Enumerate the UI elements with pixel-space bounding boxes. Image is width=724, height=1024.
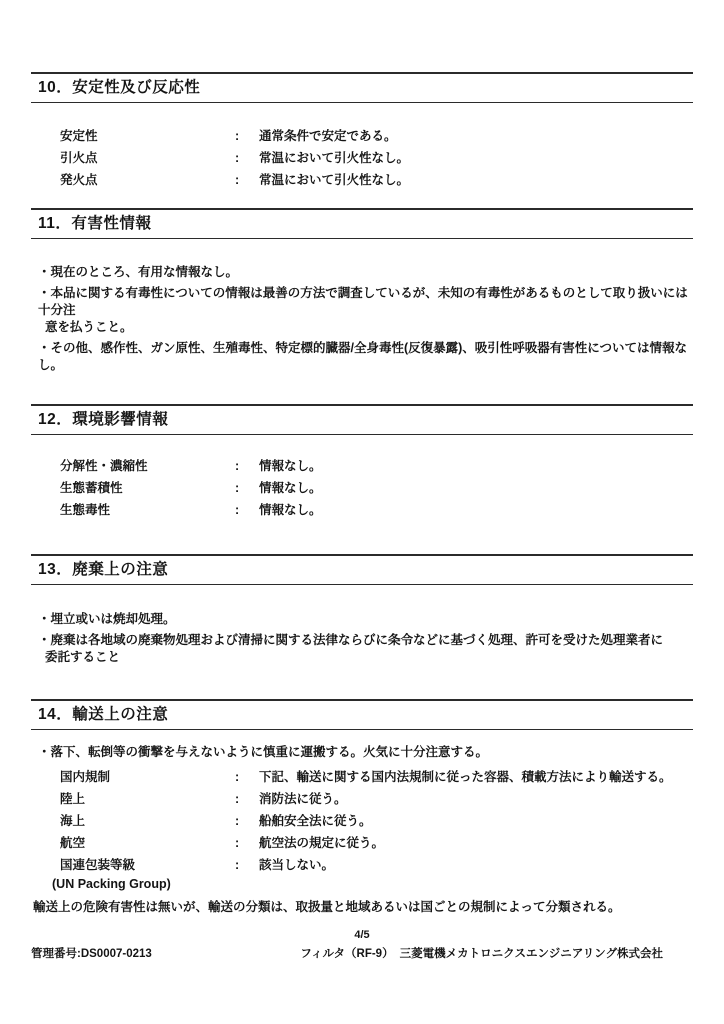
row-colon: :: [235, 169, 259, 191]
footer-product-name: フィルタ（RF-9）: [300, 947, 393, 962]
table-row: 海上 : 船舶安全法に従う。: [31, 810, 693, 832]
table-row: 分解性・濃縮性 : 情報なし。: [31, 455, 693, 477]
paragraph-line: ・落下、転倒等の衝撃を与えないように慎重に運搬する。火気に十分注意する。: [31, 744, 693, 761]
row-value: 船舶安全法に従う。: [259, 810, 693, 832]
row-colon: :: [235, 477, 259, 499]
section-stability-reactivity: 10．安定性及び反応性 安定性 : 通常条件で安定である。 引火点 : 常温にお…: [31, 72, 693, 191]
row-value: 常温において引火性なし。: [259, 147, 693, 169]
row-colon: :: [235, 499, 259, 521]
section-12-body: 分解性・濃縮性 : 情報なし。 生態蓄積性 : 情報なし。 生態毒性 : 情報な…: [31, 455, 693, 521]
page-footer: 4/5 管理番号:DS0007-0213 フィルタ（RF-9） 三菱電機メカトロ…: [31, 928, 693, 962]
row-label: 安定性: [60, 125, 235, 147]
table-row: 生態毒性 : 情報なし。: [31, 499, 693, 521]
section-hazard-information: 11．有害性情報 ・現在のところ、有用な情報なし。 ・本品に関する有毒性について…: [31, 208, 693, 374]
table-row: 国内規制 : 下記、輸送に関する国内法規制に従った容器、積載方法により輸送する。: [31, 766, 693, 788]
section-11-body: ・現在のところ、有用な情報なし。 ・本品に関する有毒性についての情報は最善の方法…: [31, 264, 693, 374]
section-14-heading: 14．輸送上の注意: [31, 699, 693, 730]
section-10-body: 安定性 : 通常条件で安定である。 引火点 : 常温において引火性なし。 発火点…: [31, 125, 693, 191]
table-row: 引火点 : 常温において引火性なし。: [31, 147, 693, 169]
footer-row: 管理番号:DS0007-0213 フィルタ（RF-9） 三菱電機メカトロニクスエ…: [31, 947, 693, 962]
table-row: 陸上 : 消防法に従う。: [31, 788, 693, 810]
paragraph-line: ・廃棄は各地域の廃棄物処理および清掃に関する法律ならびに条令などに基づく処理、許…: [31, 632, 693, 649]
transport-note: 輸送上の危険有害性は無いが、輸送の分類は、取扱量と地域あるいは国ごとの規制によっ…: [31, 899, 693, 916]
row-colon: :: [235, 766, 259, 788]
row-colon: :: [235, 147, 259, 169]
row-colon: :: [235, 788, 259, 810]
row-label: 発火点: [60, 169, 235, 191]
row-colon: :: [235, 832, 259, 854]
row-label: 分解性・濃縮性: [60, 455, 235, 477]
row-label: 引火点: [60, 147, 235, 169]
table-row: 発火点 : 常温において引火性なし。: [31, 169, 693, 191]
row-label: 航空: [60, 832, 235, 854]
row-label: 陸上: [60, 788, 235, 810]
paragraph-line: 意を払うこと。: [31, 319, 693, 336]
row-label: 国連包装等級: [60, 854, 235, 876]
table-row: 生態蓄積性 : 情報なし。: [31, 477, 693, 499]
row-value: 該当しない。: [259, 854, 693, 876]
un-packing-group-sublabel: (UN Packing Group): [31, 876, 693, 893]
row-label: 国内規制: [60, 766, 235, 788]
row-colon: :: [235, 125, 259, 147]
section-transport-precautions: 14．輸送上の注意 ・落下、転倒等の衝撃を与えないように慎重に運搬する。火気に十…: [31, 699, 693, 916]
transport-regulation-rows: 国内規制 : 下記、輸送に関する国内法規制に従った容器、積載方法により輸送する。…: [31, 766, 693, 876]
table-row: 航空 : 航空法の規定に従う。: [31, 832, 693, 854]
section-10-heading: 10．安定性及び反応性: [31, 72, 693, 103]
section-14-body: ・落下、転倒等の衝撃を与えないように慎重に運搬する。火気に十分注意する。 国内規…: [31, 744, 693, 916]
paragraph-line: 委託すること: [31, 649, 693, 666]
section-11-heading: 11．有害性情報: [31, 208, 693, 239]
section-13-heading: 13．廃棄上の注意: [31, 554, 693, 585]
footer-page-number: 4/5: [31, 928, 693, 942]
row-colon: :: [235, 810, 259, 832]
row-colon: :: [235, 854, 259, 876]
row-value: 航空法の規定に従う。: [259, 832, 693, 854]
row-label: 生態毒性: [60, 499, 235, 521]
row-value: 下記、輸送に関する国内法規制に従った容器、積載方法により輸送する。: [259, 766, 693, 788]
row-value: 通常条件で安定である。: [259, 125, 693, 147]
table-row: 国連包装等級 : 該当しない。: [31, 854, 693, 876]
paragraph-line: ・本品に関する有毒性についての情報は最善の方法で調査しているが、未知の有毒性があ…: [31, 285, 693, 319]
section-disposal-precautions: 13．廃棄上の注意 ・埋立或いは焼却処理。 ・廃棄は各地域の廃棄物処理および清掃…: [31, 554, 693, 666]
footer-doc-number: 管理番号:DS0007-0213: [31, 947, 300, 962]
row-value: 情報なし。: [259, 477, 693, 499]
paragraph-line: ・埋立或いは焼却処理。: [31, 611, 693, 628]
section-12-heading: 12．環境影響情報: [31, 404, 693, 435]
table-row: 安定性 : 通常条件で安定である。: [31, 125, 693, 147]
sds-page: 10．安定性及び反応性 安定性 : 通常条件で安定である。 引火点 : 常温にお…: [0, 0, 724, 916]
footer-company-name: 三菱電機メカトロニクスエンジニアリング株式会社: [394, 947, 693, 962]
paragraph-line: ・その他、感作性、ガン原性、生殖毒性、特定標的臓器/全身毒性(反復暴露)、吸引性…: [31, 340, 693, 374]
row-value: 常温において引火性なし。: [259, 169, 693, 191]
section-environmental-information: 12．環境影響情報 分解性・濃縮性 : 情報なし。 生態蓄積性 : 情報なし。 …: [31, 404, 693, 521]
paragraph-line: ・現在のところ、有用な情報なし。: [31, 264, 693, 281]
row-value: 情報なし。: [259, 455, 693, 477]
row-value: 情報なし。: [259, 499, 693, 521]
row-label: 海上: [60, 810, 235, 832]
row-label: 生態蓄積性: [60, 477, 235, 499]
section-13-body: ・埋立或いは焼却処理。 ・廃棄は各地域の廃棄物処理および清掃に関する法律ならびに…: [31, 611, 693, 666]
row-colon: :: [235, 455, 259, 477]
row-value: 消防法に従う。: [259, 788, 693, 810]
